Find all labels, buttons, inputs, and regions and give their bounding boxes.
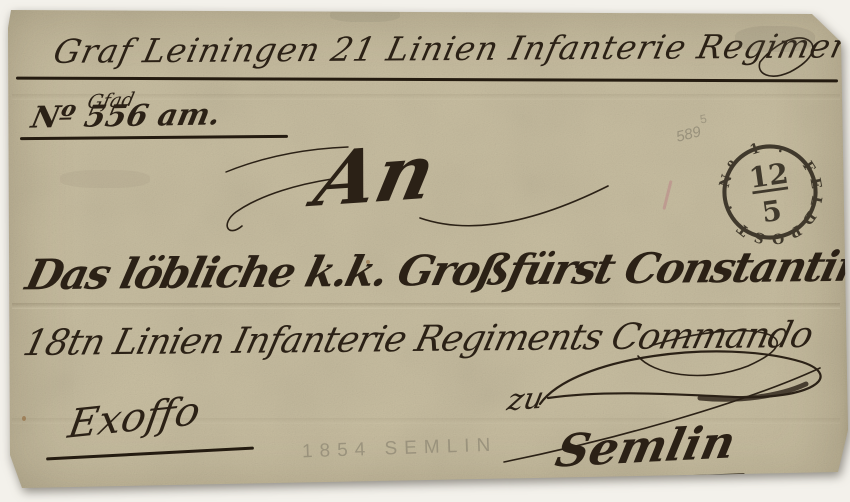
smudge bbox=[330, 8, 400, 22]
rust-spot bbox=[366, 260, 370, 264]
rust-spot bbox=[22, 416, 26, 421]
number-underline bbox=[20, 135, 288, 140]
letter-cover-wrap: Graf Leiningen 21 Linien Infanterie Regi… bbox=[0, 0, 850, 502]
scan-background: { "artifact": { "description": "Scanned … bbox=[0, 0, 850, 502]
smudge bbox=[735, 26, 815, 52]
pencil-corner-mark: 11 bbox=[823, 2, 839, 19]
handling-underline bbox=[46, 447, 254, 460]
header-underline bbox=[16, 77, 838, 83]
pencil-collector-note: 1854 SEMLIN bbox=[302, 435, 498, 464]
postmark-date-fraction: 12 5 bbox=[747, 157, 795, 231]
postmark-date-denominator: 5 bbox=[760, 194, 784, 229]
header-line: Graf Leiningen 21 Linien Infanterie Regi… bbox=[51, 29, 850, 68]
pencil-small-digit: 5 bbox=[699, 112, 708, 127]
letter-cover-paper: Graf Leiningen 21 Linien Infanterie Regi… bbox=[0, 0, 850, 502]
destination: Semlin bbox=[552, 419, 740, 473]
salutation: An bbox=[309, 134, 442, 218]
destination-prefix: zu bbox=[505, 384, 547, 416]
faint-crayon-mark bbox=[662, 180, 672, 210]
smudge bbox=[60, 170, 150, 188]
number-line: Nº 556 am. bbox=[28, 100, 223, 133]
pencil-catalog-number: 589 bbox=[674, 123, 702, 146]
recipient-line-1: Das löbliche k.k. Großfürst Constantin bbox=[22, 246, 850, 297]
handling-note: Exoffo bbox=[65, 391, 203, 444]
fold-crease-middle bbox=[12, 303, 840, 309]
recipient-line-2: 18tn Linien Infanterie Regiments Command… bbox=[20, 318, 816, 362]
